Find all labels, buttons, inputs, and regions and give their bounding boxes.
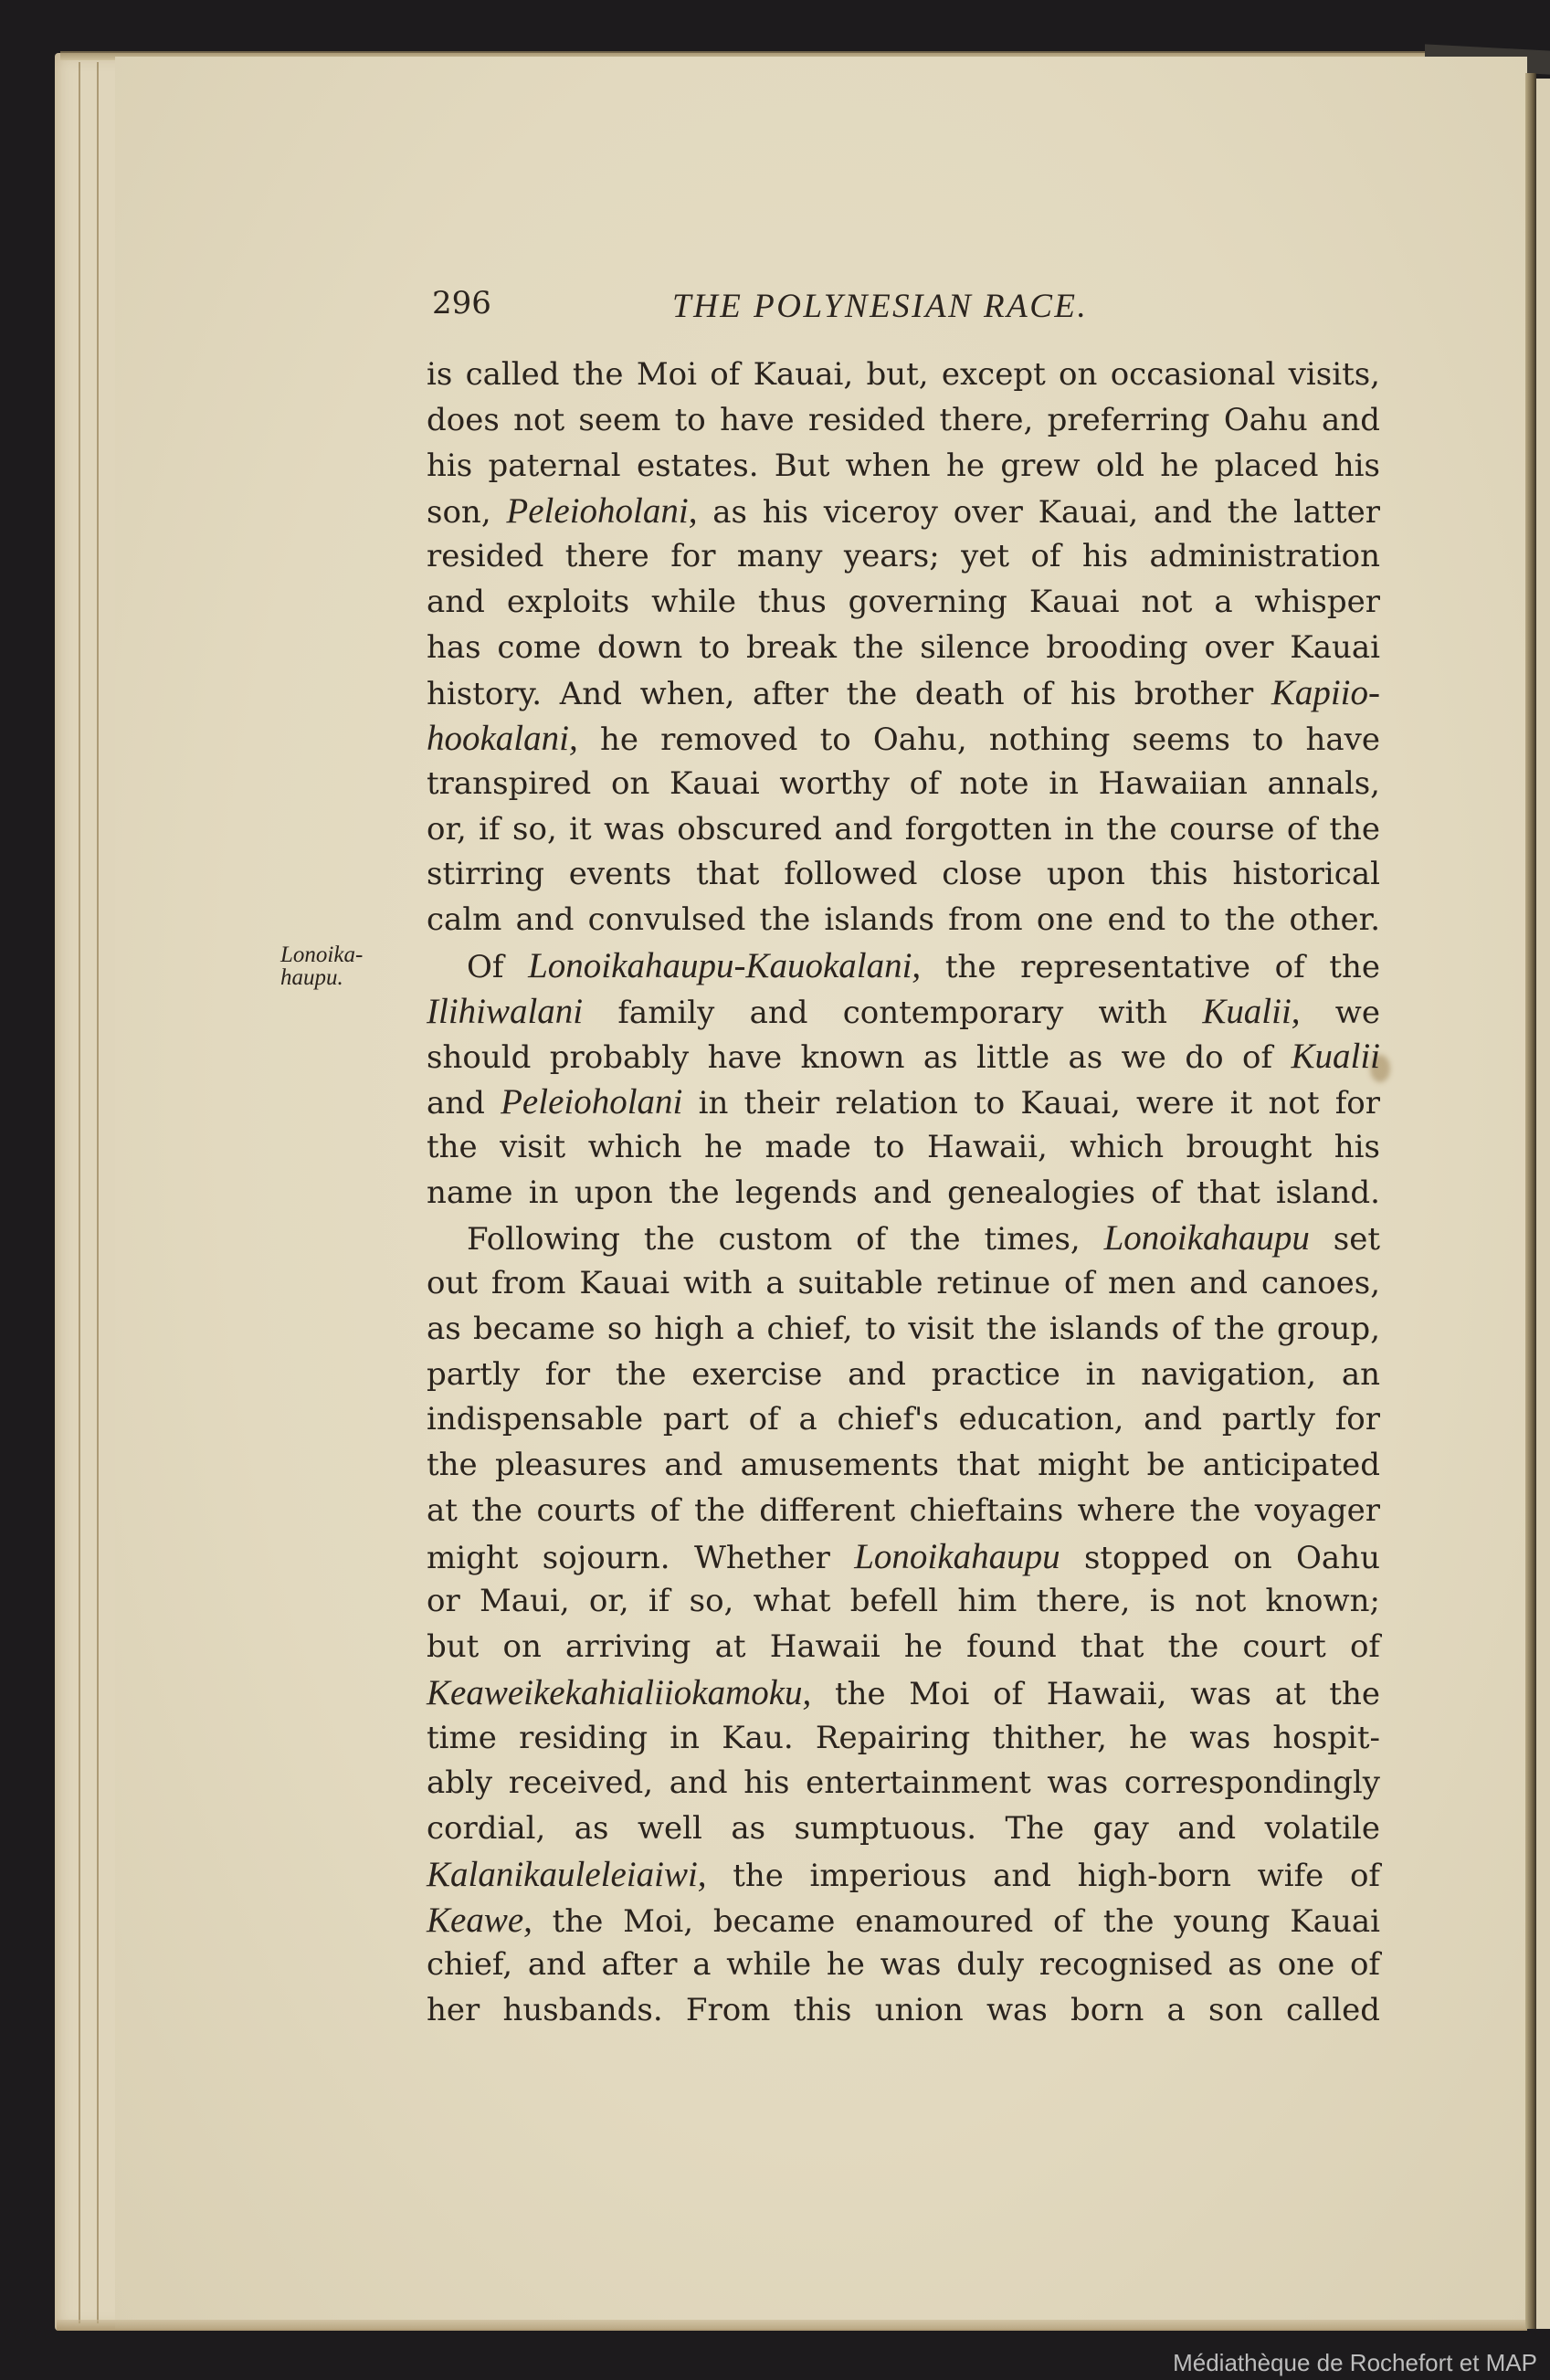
- page-edge-line: [97, 62, 99, 2323]
- text-run: should probably have known as little as …: [427, 1039, 1291, 1076]
- text-line: partly for the exercise and practice in …: [427, 1353, 1380, 1398]
- text-line: or, if so, it was obscured and forgotten…: [427, 807, 1380, 853]
- marginal-note: Lonoika- haupu.: [280, 943, 363, 989]
- text-run: chief, and after a while he was duly rec…: [427, 1946, 1380, 1983]
- book-gutter: [1525, 73, 1536, 2329]
- italic-name: Kualii: [1291, 1037, 1380, 1076]
- running-title: THE POLYNESIAN RACE.: [672, 287, 1147, 326]
- text-line: son, Peleioholani, as his viceroy over K…: [427, 489, 1380, 534]
- text-run: the visit which he made to Hawaii, which…: [427, 1129, 1380, 1165]
- text-run: has come down to break the silence brood…: [427, 629, 1380, 666]
- text-line: the visit which he made to Hawaii, which…: [427, 1125, 1380, 1171]
- text-run: as his viceroy over Kauai, and the latte…: [697, 494, 1380, 531]
- text-line: chief, and after a while he was duly rec…: [427, 1943, 1380, 1988]
- text-line: calm and convulsed the islands from one …: [427, 898, 1380, 943]
- text-line: should probably have known as little as …: [427, 1034, 1380, 1079]
- text-run: out from Kauai with a suitable retinue o…: [427, 1265, 1380, 1301]
- text-line: resided there for many years; yet of his…: [427, 534, 1380, 580]
- text-run: family and contemporary with: [583, 995, 1202, 1031]
- text-run: the Moi, became enamoured of the young K…: [532, 1903, 1380, 1940]
- text-line: might sojourn. Whether Lonoikahaupu stop…: [427, 1534, 1380, 1580]
- text-run: his paternal estates. But when he grew o…: [427, 448, 1380, 484]
- italic-name: Lonoikahaupu: [854, 1537, 1060, 1576]
- text-run: he removed to Oahu, nothing seems to hav…: [578, 721, 1380, 758]
- text-run: the representative of the: [921, 949, 1380, 985]
- marginal-note-line: haupu.: [280, 966, 363, 989]
- text-run: history. And when, after the death of hi…: [427, 676, 1271, 712]
- text-line: as became so high a chief, to visit the …: [427, 1307, 1380, 1353]
- text-run: might sojourn. Whether: [427, 1540, 854, 1576]
- text-line: but on arriving at Hawaii he found that …: [427, 1625, 1380, 1670]
- text-line: his paternal estates. But when he grew o…: [427, 444, 1380, 490]
- text-run: is called the Moi of Kauai, but, except …: [427, 356, 1380, 393]
- text-run: and: [427, 1085, 501, 1122]
- italic-name: Kapiio-: [1271, 673, 1380, 712]
- text-line: or Maui, or, if so, what befell him ther…: [427, 1579, 1380, 1625]
- italic-name: Lonoikahaupu: [1104, 1218, 1310, 1258]
- bottom-page-edge: [57, 2320, 1527, 2331]
- next-page-sliver: [1536, 79, 1550, 2329]
- text-line: name in upon the legends and genealogies…: [427, 1171, 1380, 1216]
- text-run: resided there for many years; yet of his…: [427, 538, 1380, 574]
- text-run: the Moi of Hawaii, was at the: [811, 1676, 1380, 1712]
- text-line: Keawe, the Moi, became enamoured of the …: [427, 1898, 1380, 1943]
- text-line: does not seem to have resided there, pre…: [427, 398, 1380, 444]
- text-line: ably received, and his entertainment was…: [427, 1761, 1380, 1806]
- text-line: stirring events that followed close upon…: [427, 852, 1380, 898]
- text-run: the imperious and high-born wife of: [707, 1858, 1380, 1894]
- italic-name: Peleioholani,: [506, 491, 697, 531]
- text-line: Following the custom of the times, Lonoi…: [427, 1216, 1380, 1261]
- text-run: calm and convulsed the islands from one …: [427, 901, 1380, 938]
- text-run: Following the custom of the times,: [467, 1221, 1104, 1258]
- text-run: her husbands. From this union was born a…: [427, 1992, 1380, 2028]
- text-run: son,: [427, 494, 506, 531]
- footer-credit: Médiathèque de Rochefort et MAP: [1173, 2349, 1537, 2377]
- italic-name: hookalani,: [427, 719, 578, 758]
- text-line: hookalani, he removed to Oahu, nothing s…: [427, 716, 1380, 762]
- italic-name: Peleioholani: [501, 1082, 682, 1122]
- text-line: Ilihiwalani family and contemporary with…: [427, 989, 1380, 1035]
- italic-name: Kualii,: [1202, 992, 1300, 1031]
- page-edge-line: [79, 62, 80, 2323]
- italic-name: Lonoikahaupu-Kauokalani,: [528, 946, 921, 985]
- italic-name: Keaweikekahialiiokamoku,: [427, 1673, 811, 1712]
- text-run: name in upon the legends and genealogies…: [427, 1174, 1380, 1211]
- text-run: Of: [467, 949, 528, 985]
- body-text: is called the Moi of Kauai, but, except …: [427, 353, 1380, 2034]
- text-run: cordial, as well as sumptuous. The gay a…: [427, 1810, 1380, 1847]
- marginal-note-line: Lonoika-: [280, 943, 363, 966]
- text-run: does not seem to have resided there, pre…: [427, 402, 1380, 438]
- text-run: we: [1301, 995, 1380, 1031]
- text-run: stirring events that followed close upon…: [427, 856, 1380, 892]
- text-line: and Peleioholani in their relation to Ka…: [427, 1079, 1380, 1125]
- text-run: transpired on Kauai worthy of note in Ha…: [427, 765, 1380, 802]
- text-run: at the courts of the different chieftain…: [427, 1492, 1380, 1529]
- text-run: in their relation to Kauai, were it not …: [682, 1085, 1380, 1122]
- text-line: Keaweikekahialiiokamoku, the Moi of Hawa…: [427, 1670, 1380, 1716]
- text-run: ably received, and his entertainment was…: [427, 1764, 1380, 1801]
- text-run: set: [1310, 1221, 1380, 1258]
- text-run: stopped on Oahu: [1060, 1540, 1380, 1576]
- text-line: the pleasures and amusements that might …: [427, 1443, 1380, 1489]
- italic-name: Kalanikauleleiaiwi,: [427, 1855, 707, 1894]
- text-line: at the courts of the different chieftain…: [427, 1489, 1380, 1534]
- text-line: her husbands. From this union was born a…: [427, 1988, 1380, 2034]
- text-line: history. And when, after the death of hi…: [427, 670, 1380, 716]
- text-line: out from Kauai with a suitable retinue o…: [427, 1261, 1380, 1307]
- text-line: Of Lonoikahaupu-Kauokalani, the represen…: [427, 943, 1380, 989]
- text-line: has come down to break the silence brood…: [427, 626, 1380, 671]
- text-line: Kalanikauleleiaiwi, the imperious and hi…: [427, 1852, 1380, 1898]
- text-run: and exploits while thus governing Kauai …: [427, 584, 1380, 620]
- text-line: transpired on Kauai worthy of note in Ha…: [427, 762, 1380, 807]
- text-run: or Maui, or, if so, what befell him ther…: [427, 1583, 1380, 1619]
- text-line: indispensable part of a chief's educatio…: [427, 1397, 1380, 1443]
- page-number: 296: [432, 285, 491, 321]
- text-run: time residing in Kau. Repairing thither,…: [427, 1720, 1380, 1756]
- italic-name: Ilihiwalani: [427, 992, 583, 1031]
- text-line: is called the Moi of Kauai, but, except …: [427, 353, 1380, 398]
- text-run: but on arriving at Hawaii he found that …: [427, 1628, 1380, 1665]
- text-run: the pleasures and amusements that might …: [427, 1447, 1380, 1483]
- text-run: indispensable part of a chief's educatio…: [427, 1401, 1380, 1437]
- text-run: partly for the exercise and practice in …: [427, 1356, 1380, 1393]
- text-run: as became so high a chief, to visit the …: [427, 1311, 1380, 1347]
- italic-name: Keawe,: [427, 1901, 532, 1940]
- text-line: time residing in Kau. Repairing thither,…: [427, 1716, 1380, 1762]
- text-line: cordial, as well as sumptuous. The gay a…: [427, 1806, 1380, 1852]
- text-line: and exploits while thus governing Kauai …: [427, 580, 1380, 626]
- text-run: or, if so, it was obscured and forgotten…: [427, 811, 1380, 848]
